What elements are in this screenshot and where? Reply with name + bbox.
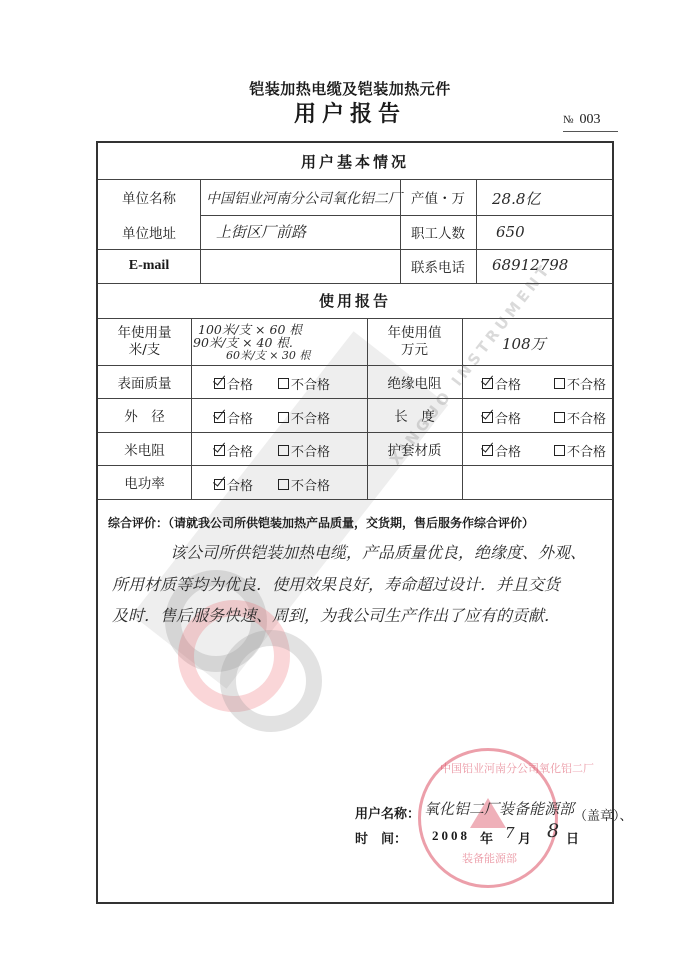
label-annual-value: 年使用值 万元 xyxy=(367,318,462,365)
pass-label: 合格 xyxy=(227,374,253,393)
checkbox-checked-icon xyxy=(214,445,225,456)
checkbox-sheath-material-fail[interactable]: 不合格 xyxy=(554,441,606,460)
label-annual-usage: 年使用量 米/支 xyxy=(98,318,191,365)
value-annual-usage-line: 60米/支 × 30 根 xyxy=(226,349,310,362)
date-day: 8 xyxy=(547,820,559,842)
divider xyxy=(200,179,201,283)
pass-label: 合格 xyxy=(495,374,521,393)
date-month: 7 xyxy=(505,824,515,842)
divider xyxy=(462,318,463,499)
value-unit-name: 中国铝业河南分公司氧化铝二厂 xyxy=(206,188,402,208)
checkbox-electric-power-fail[interactable]: 不合格 xyxy=(278,475,330,494)
fail-label: 不合格 xyxy=(291,475,330,494)
checkbox-checked-icon xyxy=(482,412,493,423)
seal-note: （盖章）、 xyxy=(574,805,633,824)
document-number-underline xyxy=(563,131,618,132)
checkbox-sheath-material-pass[interactable]: 合格 xyxy=(482,441,521,460)
fail-label: 不合格 xyxy=(291,441,330,460)
pass-label: 合格 xyxy=(495,441,521,460)
date-month-unit: 月 xyxy=(518,828,531,847)
evaluation-text-line: 及时．售后服务快速、周到，为我公司生产作出了应有的贡献． xyxy=(112,603,560,626)
checkbox-checked-icon xyxy=(214,412,225,423)
fail-label: 不合格 xyxy=(567,408,606,427)
document-number-value: 003 xyxy=(580,112,601,127)
label-length: 长 度 xyxy=(367,398,462,432)
checkbox-empty-icon xyxy=(278,412,289,423)
date-year: 2008 xyxy=(432,828,470,844)
user-name-value: 氧化铝二厂装备能源部 xyxy=(424,798,574,819)
checkbox-outer-diameter-pass[interactable]: 合格 xyxy=(214,408,253,427)
value-annual-usage-line: 90米/支 × 40 根. xyxy=(193,336,293,349)
fail-label: 不合格 xyxy=(567,441,606,460)
label-annual-usage-unit: 米/支 xyxy=(129,342,161,359)
label-output-value: 产值・万 xyxy=(400,179,476,215)
label-outer-diameter: 外 径 xyxy=(98,398,191,432)
pass-label: 合格 xyxy=(227,441,253,460)
divider xyxy=(476,179,477,283)
checkbox-meter-resistance-fail[interactable]: 不合格 xyxy=(278,441,330,460)
label-annual-value-line: 年使用值 xyxy=(388,325,442,342)
date-day-unit: 日 xyxy=(566,828,579,847)
checkbox-checked-icon xyxy=(214,479,225,490)
divider xyxy=(98,499,612,500)
checkbox-meter-resistance-pass[interactable]: 合格 xyxy=(214,441,253,460)
section-title-basic-info: 用户基本情况 xyxy=(98,143,612,179)
evaluation-text-line: 所用材质等均为优良．使用效果良好，寿命超过设计．并且交货 xyxy=(112,572,560,595)
checkbox-empty-icon xyxy=(554,445,565,456)
fail-label: 不合格 xyxy=(567,374,606,393)
evaluation-label: 综合评价：（请就我公司所供铠装加热产品质量，交货期，售后服务作综合评价） xyxy=(108,514,534,531)
evaluation-text-line: 该公司所供铠装加热电缆，产品质量优良，绝缘度、外观、 xyxy=(170,540,586,563)
label-email: E-mail xyxy=(98,249,200,283)
pass-label: 合格 xyxy=(227,408,253,427)
checkbox-surface-quality-pass[interactable]: 合格 xyxy=(214,374,253,393)
checkbox-surface-quality-fail[interactable]: 不合格 xyxy=(278,374,330,393)
checkbox-checked-icon xyxy=(214,378,225,389)
label-employee-count: 职工人数 xyxy=(400,215,476,249)
fail-label: 不合格 xyxy=(291,408,330,427)
document-number: №003 xyxy=(563,112,601,128)
label-sheath-material: 护套材质 xyxy=(367,432,462,465)
checkbox-empty-icon xyxy=(278,479,289,490)
fail-label: 不合格 xyxy=(291,374,330,393)
value-unit-address: 上街区厂前路 xyxy=(216,221,306,242)
pass-label: 合格 xyxy=(495,408,521,427)
checkbox-checked-icon xyxy=(482,445,493,456)
value-employee-count: 650 xyxy=(496,223,525,241)
divider xyxy=(191,318,192,499)
seal-text-bottom: 装备能源部 xyxy=(462,850,517,866)
document-subtitle: 铠装加热电缆及铠装加热元件 xyxy=(0,78,700,99)
checkbox-insulation-resistance-pass[interactable]: 合格 xyxy=(482,374,521,393)
time-label: 时 间： xyxy=(355,828,407,847)
checkbox-empty-icon xyxy=(278,445,289,456)
seal-text-top: 中国铝业河南分公司氧化铝二厂 xyxy=(440,760,594,776)
label-surface-quality: 表面质量 xyxy=(98,365,191,398)
label-unit-address: 单位地址 xyxy=(98,215,200,249)
label-annual-value-unit: 万元 xyxy=(401,342,428,359)
label-phone: 联系电话 xyxy=(400,249,476,283)
date-year-unit: 年 xyxy=(480,828,493,847)
label-annual-usage-line: 年使用量 xyxy=(118,325,172,342)
number-sign: № xyxy=(563,114,574,126)
checkbox-checked-icon xyxy=(482,378,493,389)
label-meter-resistance: 米电阻 xyxy=(98,432,191,465)
section-title-usage-report: 使用报告 xyxy=(98,283,612,318)
pass-label: 合格 xyxy=(227,475,253,494)
checkbox-insulation-resistance-fail[interactable]: 不合格 xyxy=(554,374,606,393)
label-electric-power: 电功率 xyxy=(98,465,191,499)
checkbox-length-pass[interactable]: 合格 xyxy=(482,408,521,427)
checkbox-empty-icon xyxy=(554,378,565,389)
label-insulation-resistance: 绝缘电阻 xyxy=(367,365,462,398)
checkbox-length-fail[interactable]: 不合格 xyxy=(554,408,606,427)
label-unit-name: 单位名称 xyxy=(98,179,200,215)
value-annual-value: 108万 xyxy=(502,333,546,354)
user-name-label: 用户名称： xyxy=(355,803,420,822)
value-output-value: 28.8亿 xyxy=(492,188,540,209)
value-phone: 68912798 xyxy=(492,256,568,274)
checkbox-empty-icon xyxy=(278,378,289,389)
checkbox-outer-diameter-fail[interactable]: 不合格 xyxy=(278,408,330,427)
checkbox-electric-power-pass[interactable]: 合格 xyxy=(214,475,253,494)
checkbox-empty-icon xyxy=(554,412,565,423)
